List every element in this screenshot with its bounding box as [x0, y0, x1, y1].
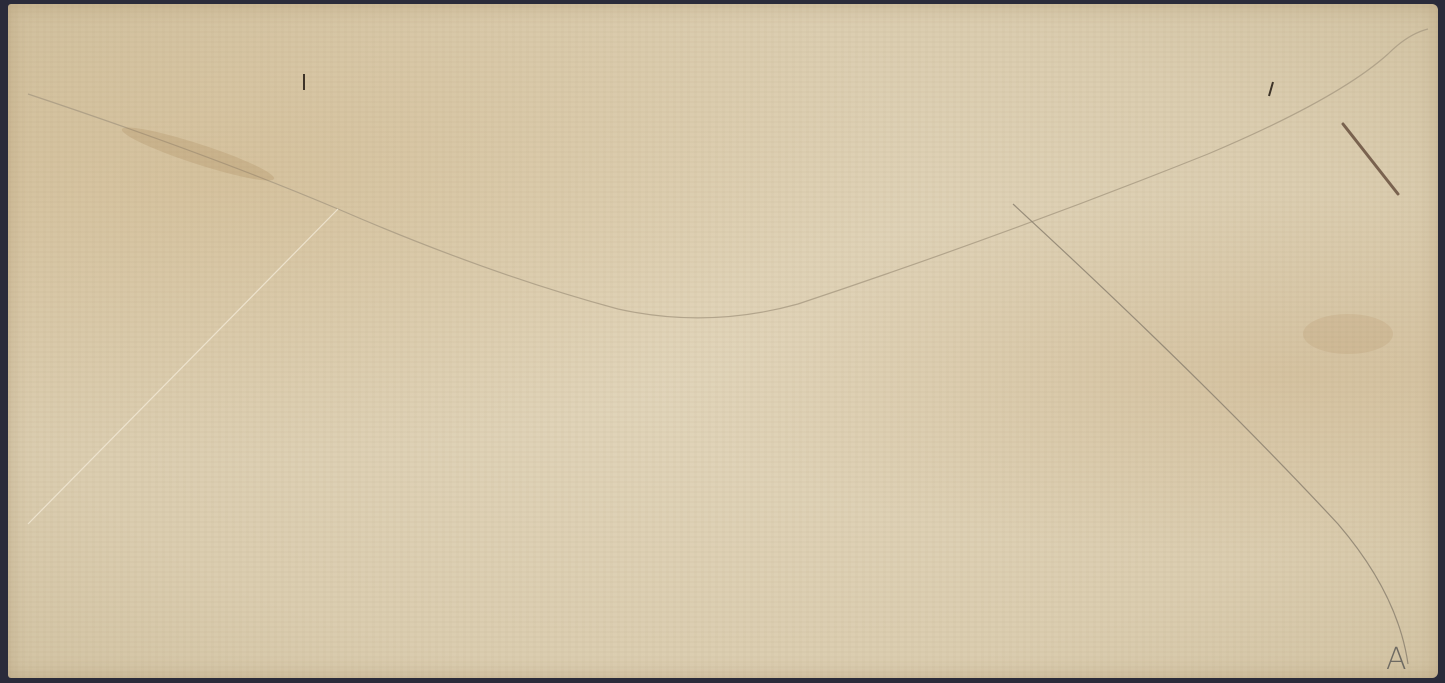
stain: [1303, 314, 1393, 354]
tear-mark: [1269, 82, 1273, 96]
right-flap-edge: [1013, 204, 1408, 664]
ink-stain: [1343, 124, 1398, 194]
left-flap-edge: [28, 209, 338, 524]
pencil-letter-mark: A: [1386, 642, 1407, 677]
envelope-flap-lines: [8, 4, 1438, 678]
envelope-back: A: [8, 4, 1438, 678]
stain: [119, 120, 277, 188]
